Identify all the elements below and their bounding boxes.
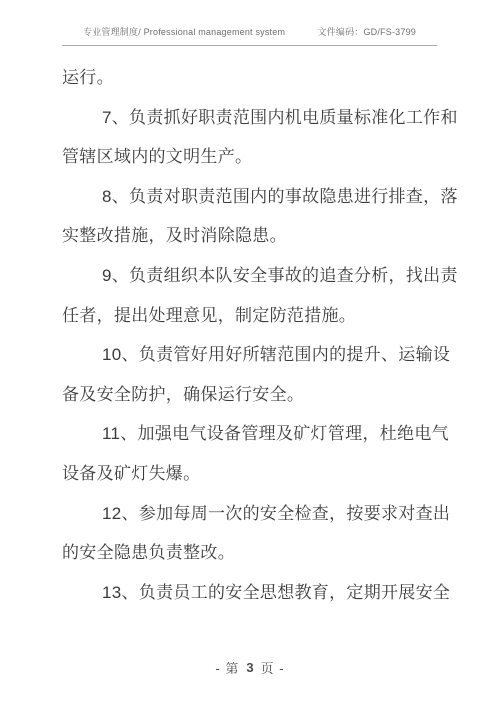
body-line: 7、负责抓好职责范围内机电质量标准化工作和: [62, 98, 438, 138]
body-line: 管辖区域内的文明生产。: [62, 137, 438, 177]
body-line: 运行。: [62, 58, 438, 98]
body-line: 备及安全防护，确保运行安全。: [62, 375, 438, 415]
page-number: 3: [246, 660, 253, 675]
body-line: 任者，提出处理意见，制定防范措施。: [62, 296, 438, 336]
document-body: 运行。7、负责抓好职责范围内机电质量标准化工作和管辖区域内的文明生产。8、负责对…: [62, 58, 438, 612]
footer-prefix: - 第: [215, 658, 239, 677]
body-line: 9、负责组织本队安全事故的追查分析，找出责: [62, 256, 438, 296]
body-line: 8、负责对职责范围内的事故隐患进行排查，落: [62, 177, 438, 217]
body-line: 实整改措施，及时消除隐患。: [62, 216, 438, 256]
body-line: 设备及矿灯失爆。: [62, 454, 438, 494]
body-line: 11、加强电气设备管理及矿灯管理，杜绝电气: [62, 414, 438, 454]
page-footer: - 第 3 页 -: [0, 658, 500, 677]
body-line: 10、负责管好用好所辖范围内的提升、运输设: [62, 335, 438, 375]
page-header: 专业管理制度/ Professional management system 文…: [62, 0, 437, 46]
body-line: 的安全隐患负责整改。: [62, 533, 438, 573]
body-line: 12、参加每周一次的安全检查，按要求对查出: [62, 494, 438, 534]
body-line: 13、负责员工的安全思想教育，定期开展安全: [62, 573, 438, 613]
header-left-title: 专业管理制度/ Professional management system: [83, 25, 285, 38]
header-right-doc-code: 文件编码：GD/FS-3799: [317, 25, 416, 38]
footer-suffix: 页 -: [261, 658, 285, 677]
document-page: 专业管理制度/ Professional management system 文…: [0, 0, 500, 708]
